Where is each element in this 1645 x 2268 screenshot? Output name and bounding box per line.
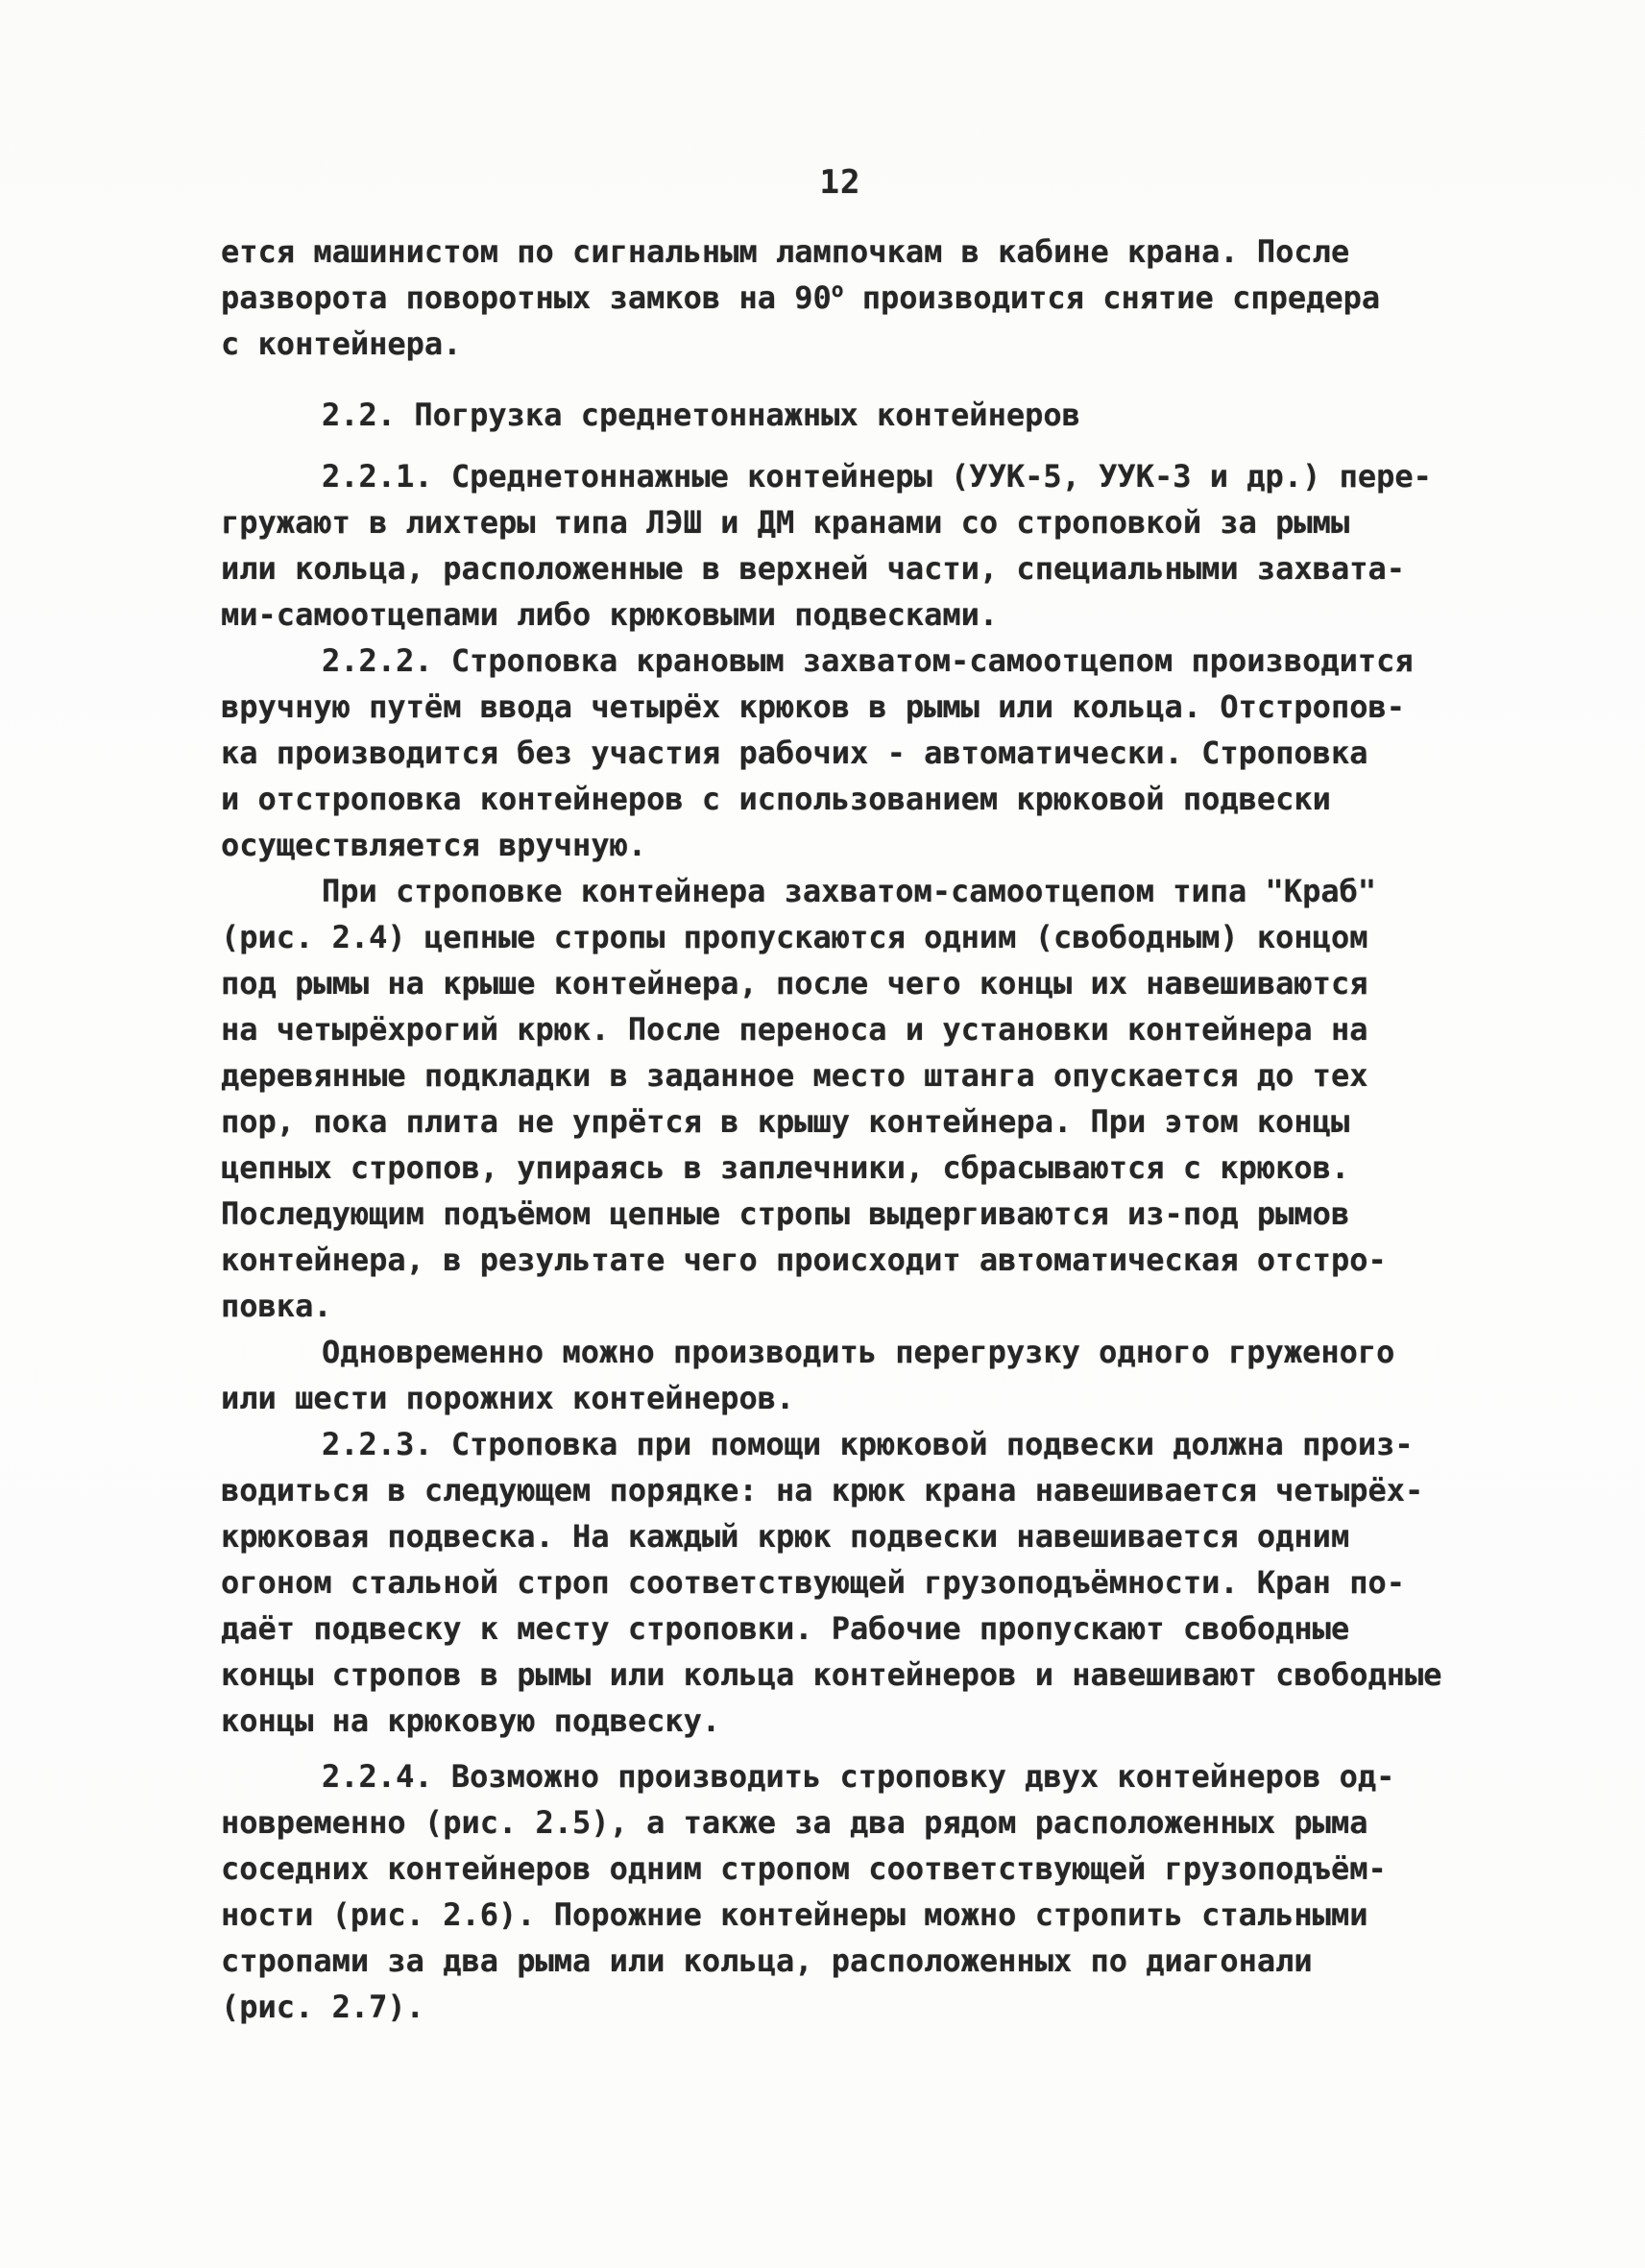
text-line: ми-самоотцепами либо крюковыми подвескам… [221,591,1498,638]
paragraph-krab-sling: При строповке контейнера захватом-самоот… [221,868,1498,1329]
paragraph-2-2-3: 2.2.3. Строповка при помощи крюковой под… [221,1421,1498,1744]
text-line: на четырёхрогий крюк. После переноса и у… [221,1006,1498,1052]
text-line: стропами за два рыма или кольца, располо… [221,1938,1498,1984]
text-line: водиться в следующем порядке: на крюк кр… [221,1467,1498,1513]
text-line: Одновременно можно производить перегрузк… [221,1329,1498,1375]
text-line: цепных стропов, упираясь в заплечники, с… [221,1145,1498,1191]
paragraph-2-2-2: 2.2.2. Строповка крановым захватом-самоо… [221,638,1498,868]
text-line: огоном стальной строп соответствующей гр… [221,1559,1498,1605]
degree-superscript: о [832,277,844,302]
page-number: 12 [221,163,1460,202]
text-line: контейнера, в результате чего происходит… [221,1237,1498,1283]
text-line: концы стропов в рымы или кольца контейне… [221,1652,1498,1698]
text-line: концы на крюковую подвеску. [221,1698,1498,1744]
text-line: даёт подвеску к месту строповки. Рабочие… [221,1605,1498,1652]
text-line: повка. [221,1283,1498,1329]
text-line: с контейнера. [221,321,1498,367]
document-page: 12 ется машинистом по сигнальным лампочк… [0,0,1645,2268]
text-line: При строповке контейнера захватом-самоот… [221,868,1498,914]
text-line: гружают в лихтеры типа ЛЭШ и ДМ кранами … [221,499,1498,545]
paragraph-intro-continuation: ется машинистом по сигнальным лампочкам … [221,229,1498,367]
text-line: 2.2.3. Строповка при помощи крюковой под… [221,1421,1498,1467]
text-line: и отстроповка контейнеров с использовани… [221,776,1498,822]
section-heading: 2.2. Погрузка среднетоннажных контейнеро… [221,392,1498,438]
text-line: разворота поворотных замков на 90о произ… [221,275,1498,321]
text-line: под рымы на крыше контейнера, после чего… [221,960,1498,1006]
text-line: 2.2.1. Среднетоннажные контейнеры (УУК-5… [221,453,1498,499]
text-segment: производится снятие спредера [843,279,1380,316]
text-line: пор, пока плита не упрётся в крышу конте… [221,1098,1498,1145]
text-line: новременно (рис. 2.5), а также за два ря… [221,1799,1498,1846]
text-line: ка производится без участия рабочих - ав… [221,730,1498,776]
text-column: ется машинистом по сигнальным лампочкам … [221,229,1498,2030]
text-line: осуществляется вручную. [221,822,1498,868]
text-line: ности (рис. 2.6). Порожние контейнеры мо… [221,1892,1498,1938]
text-line: вручную путём ввода четырёх крюков в рым… [221,684,1498,730]
text-line: (рис. 2.4) цепные стропы пропускаются од… [221,914,1498,960]
text-line: 2.2.2. Строповка крановым захватом-самоо… [221,638,1498,684]
paragraph-2-2-4: 2.2.4. Возможно производить строповку дв… [221,1753,1498,2030]
text-line: (рис. 2.7). [221,1984,1498,2030]
text-line: или кольца, расположенные в верхней част… [221,545,1498,591]
text-line: соседних контейнеров одним стропом соотв… [221,1846,1498,1892]
text-line: ется машинистом по сигнальным лампочкам … [221,229,1498,275]
text-segment: разворота поворотных замков на 90 [221,279,832,316]
text-line: деревянные подкладки в заданное место шт… [221,1052,1498,1098]
paragraph-simultaneous-handling: Одновременно можно производить перегрузк… [221,1329,1498,1421]
paragraph-2-2-1: 2.2.1. Среднетоннажные контейнеры (УУК-5… [221,453,1498,638]
text-line: Последующим подъёмом цепные стропы выдер… [221,1191,1498,1237]
text-line: или шести порожних контейнеров. [221,1375,1498,1421]
text-line: крюковая подвеска. На каждый крюк подвес… [221,1513,1498,1559]
text-line: 2.2.4. Возможно производить строповку дв… [221,1753,1498,1799]
